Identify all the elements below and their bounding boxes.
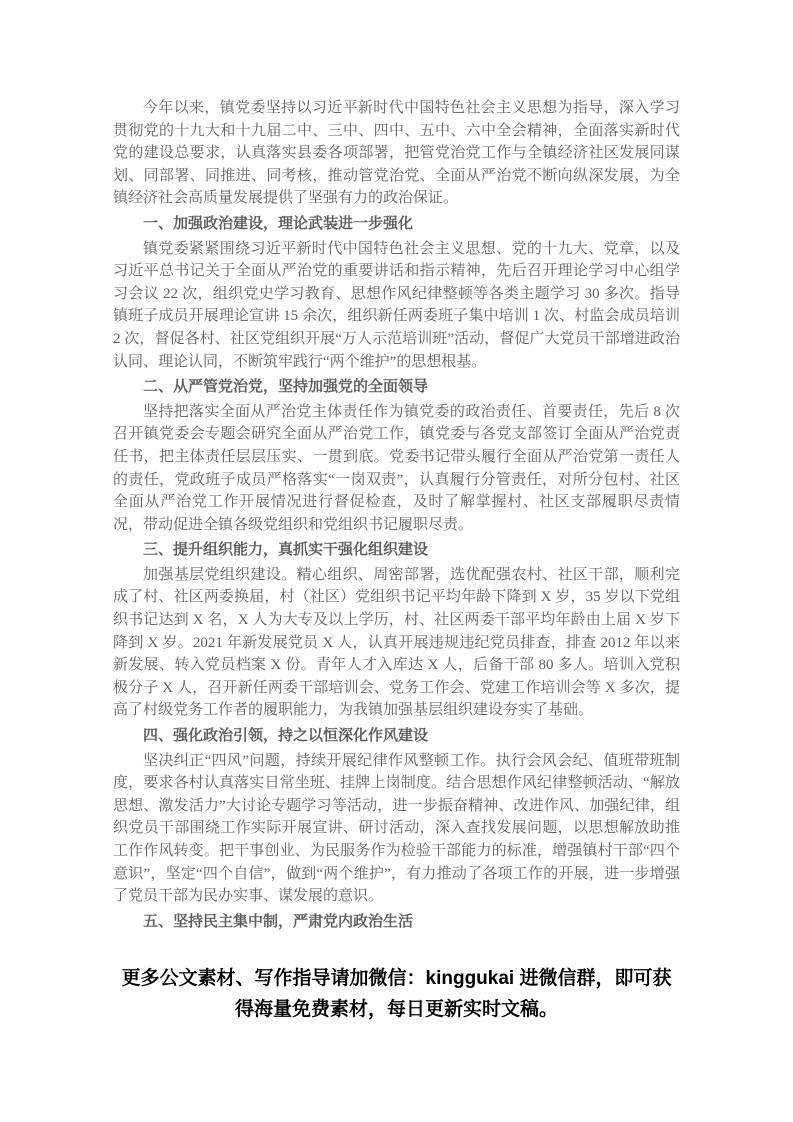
section-1: 一、加强政治建设，理论武装进一步强化 镇党委紧紧围绕习近平新时代中国特色社会主义… (113, 213, 680, 373)
section-4-paragraph: 坚决纠正“四风”问题，持续开展纪律作风整顿工作。执行会风会纪、值班带班制度，要求… (113, 750, 680, 908)
section-4-heading: 四、强化政治引领，持之以恒深化作风建设 (113, 725, 680, 748)
section-1-heading: 一、加强政治建设，理论武装进一步强化 (113, 213, 680, 236)
promo-footer-text: 更多公文素材、写作指导请加微信：kinggukai 进微信群，即可获得海量免费素… (113, 963, 680, 1025)
document-page: 今年以来，镇党委坚持以习近平新时代中国特色社会主义思想为指导，深入学习贯彻党的十… (0, 0, 793, 1122)
section-3-paragraph: 加强基层党组织建设。精心组织、周密部署，选优配强农村、社区干部，顺利完成了村、社… (113, 564, 680, 722)
section-4: 四、强化政治引领，持之以恒深化作风建设 坚决纠正“四风”问题，持续开展纪律作风整… (113, 725, 680, 908)
section-3-heading: 三、提升组织能力，真抓实干强化组织建设 (113, 539, 680, 562)
section-2-paragraph: 坚持把落实全面从严治党主体责任作为镇党委的政治责任、首要责任，先后 8 次召开镇… (113, 401, 680, 537)
intro-paragraph: 今年以来，镇党委坚持以习近平新时代中国特色社会主义思想为指导，深入学习贯彻党的十… (113, 97, 680, 210)
section-5: 五、坚持民主集中制，严肃党内政治生活 (113, 911, 680, 934)
section-2-heading: 二、从严管党治党，坚持加强党的全面领导 (113, 376, 680, 399)
section-3: 三、提升组织能力，真抓实干强化组织建设 加强基层党组织建设。精心组织、周密部署，… (113, 539, 680, 722)
section-2: 二、从严管党治党，坚持加强党的全面领导 坚持把落实全面从严治党主体责任作为镇党委… (113, 376, 680, 536)
document-body: 今年以来，镇党委坚持以习近平新时代中国特色社会主义思想为指导，深入学习贯彻党的十… (113, 97, 680, 1025)
section-5-heading: 五、坚持民主集中制，严肃党内政治生活 (113, 911, 680, 934)
section-1-paragraph: 镇党委紧紧围绕习近平新时代中国特色社会主义思想、党的十九大、党章，以及习近平总书… (113, 238, 680, 374)
